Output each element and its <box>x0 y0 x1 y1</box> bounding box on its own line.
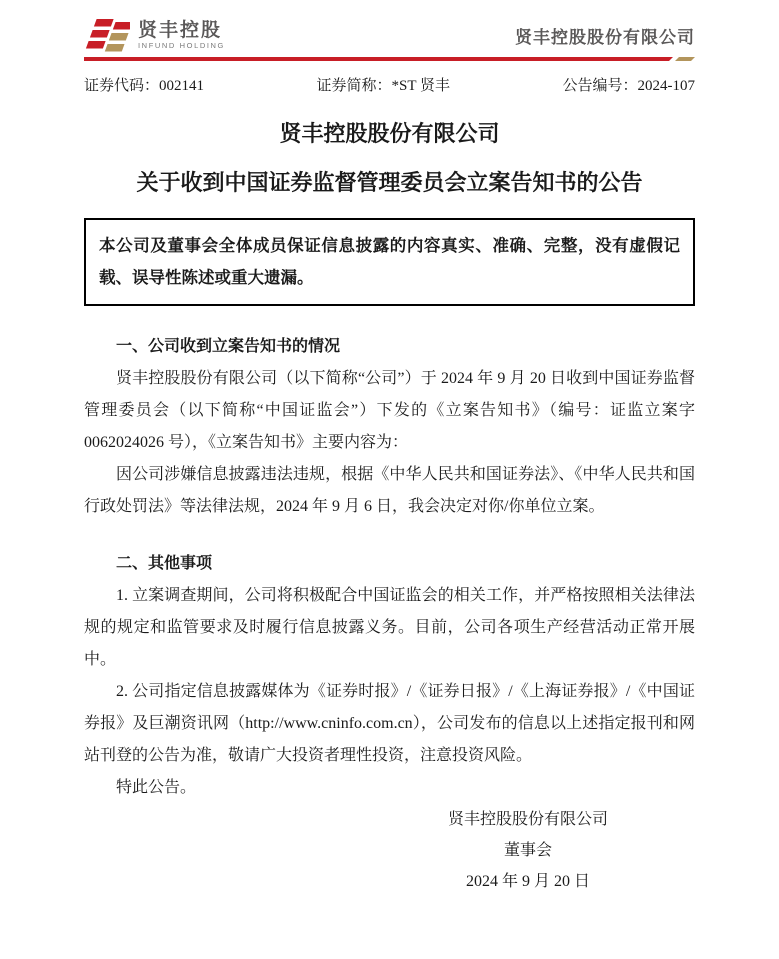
brand-divider <box>84 57 695 61</box>
section-2-heading: 二、其他事项 <box>84 548 695 580</box>
section-1-paragraph-1: 贤丰控股股份有限公司（以下简称“公司”）于 2024 年 9 月 20 日收到中… <box>84 363 695 459</box>
section-1-paragraph-2: 因公司涉嫌信息披露违法违规，根据《中华人民共和国证券法》、《中华人民共和国行政处… <box>84 459 695 523</box>
signature-block: 贤丰控股股份有限公司 董事会 2024 年 9 月 20 日 <box>408 804 648 897</box>
divider-red-bar <box>84 57 673 61</box>
logo-text: 贤丰控股 <box>138 20 225 41</box>
announcement-number: 公告编号：2024-107 <box>562 75 695 97</box>
page-title: 贤丰控股股份有限公司 <box>84 119 695 149</box>
stock-name: 证券简称：*ST 贤丰 <box>317 75 451 97</box>
document-header: 贤丰控股 INFUND HOLDING 贤丰控股股份有限公司 <box>84 16 695 54</box>
disclaimer-box: 本公司及董事会全体成员保证信息披露的内容真实、准确、完整，没有虚假记载、误导性陈… <box>84 218 695 306</box>
logo-subtext: INFUND HOLDING <box>138 41 225 51</box>
infund-logo-icon <box>84 18 130 52</box>
page-subtitle: 关于收到中国证券监督管理委员会立案告知书的公告 <box>84 168 695 198</box>
header-company-name: 贤丰控股股份有限公司 <box>515 23 695 48</box>
section-2-paragraph-1: 1. 立案调查期间，公司将积极配合中国证监会的相关工作，并严格按照相关法律法规的… <box>84 580 695 676</box>
divider-gold-tip <box>675 57 695 61</box>
signature-company: 贤丰控股股份有限公司 <box>408 804 648 835</box>
announcement-document: 贤丰控股 INFUND HOLDING 贤丰控股股份有限公司 证券代码：0021… <box>0 0 779 959</box>
logo-text-block: 贤丰控股 INFUND HOLDING <box>138 20 225 51</box>
signature-board: 董事会 <box>408 835 648 866</box>
signature-date: 2024 年 9 月 20 日 <box>408 866 648 897</box>
info-bar: 证券代码：002141 证券简称：*ST 贤丰 公告编号：2024-107 <box>84 75 695 97</box>
section-2-paragraph-2: 2. 公司指定信息披露媒体为《证券时报》/《证券日报》/《上海证券报》/《中国证… <box>84 676 695 772</box>
stock-code: 证券代码：002141 <box>84 75 204 97</box>
section-1-heading: 一、公司收到立案告知书的情况 <box>84 331 695 363</box>
closing-statement: 特此公告。 <box>84 772 695 804</box>
company-logo: 贤丰控股 INFUND HOLDING <box>84 18 225 52</box>
